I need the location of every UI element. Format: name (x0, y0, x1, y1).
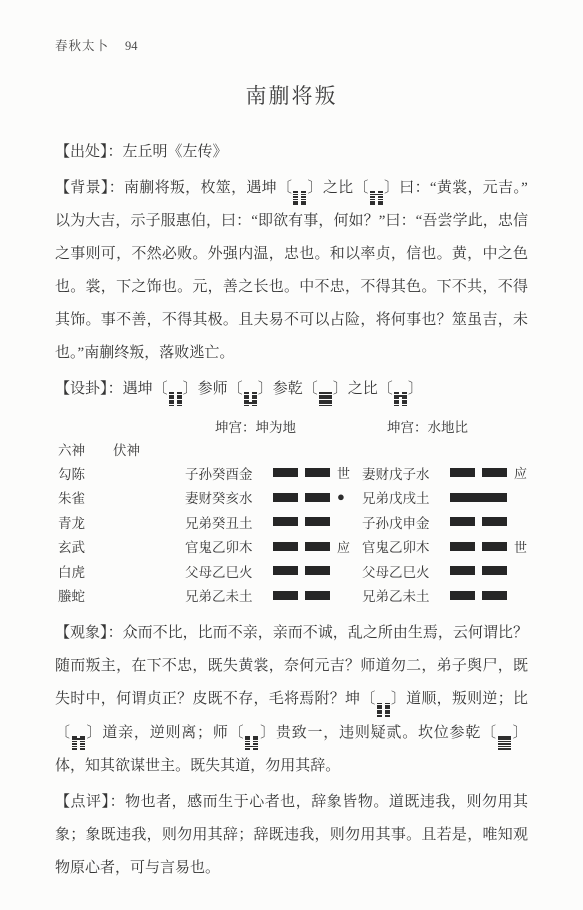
yao-line (450, 566, 507, 575)
six-god-label: 朱雀 (58, 487, 113, 507)
changed-gua-line: 妻财戊子水 应 (362, 463, 539, 483)
hexagram-kun-icon (377, 703, 390, 717)
source-paragraph: 【出处】：左丘明《左传》 (55, 136, 528, 169)
table-row: 螣蛇 兄弟乙未土 兄弟乙未土 (55, 583, 528, 608)
hexagram-bi-icon (72, 736, 85, 750)
six-god-label: 玄武 (58, 536, 113, 556)
book-title: 春秋太卜 (55, 36, 109, 54)
yao-line (273, 468, 330, 477)
hexagram-qian-icon (319, 392, 332, 406)
hexagram-shi-icon (245, 736, 258, 750)
column-header-six-gods: 六神 (58, 439, 113, 459)
hexagram-qian-icon (498, 736, 511, 750)
palace-header-row: 坤宫：坤为地 坤宫：水地比 (55, 414, 528, 437)
yao-line (450, 542, 507, 551)
line-text: 父母乙巳火 (362, 561, 434, 581)
main-gua-line: 子孙癸酉金 世 (185, 463, 362, 483)
hexagram-kun-icon (293, 191, 306, 205)
line-text: 兄弟癸丑土 (185, 512, 257, 532)
line-text: 子孙癸酉金 (185, 463, 257, 483)
line-text: 兄弟乙未土 (185, 585, 257, 605)
changed-gua-line: 兄弟乙未土 (362, 585, 539, 605)
main-gua-line: 兄弟癸丑土 (185, 512, 362, 532)
yao-line (450, 468, 507, 477)
yao-line (273, 517, 330, 526)
guanxiang-paragraph: 【观象】：众而不比，比而不亲，亲而不诚，乱之所由生焉，云何谓比？随而叛主，在下不… (55, 617, 528, 782)
table-row: 青龙 兄弟癸丑土 子孙戊申金 (55, 509, 528, 534)
shiying-marker: 世 (337, 463, 365, 482)
yao-line (273, 591, 330, 600)
hexagram-bi-icon (370, 191, 383, 205)
column-header-row: 六神 伏神 (55, 437, 528, 460)
yao-line (450, 591, 507, 600)
changed-gua-line: 官鬼乙卯木 世 (362, 536, 539, 556)
changed-gua-line: 兄弟戊戌土 (362, 487, 539, 507)
yao-line (273, 542, 330, 551)
six-god-label: 螣蛇 (58, 585, 113, 605)
main-gua-line: 父母乙巳火 (185, 561, 362, 581)
yao-line (450, 517, 507, 526)
line-text: 官鬼乙卯木 (185, 536, 257, 556)
moving-line-dot: ● (337, 489, 365, 505)
book-page: 春秋太卜 94 南蒯将叛 【出处】：左丘明《左传》 【背景】：南蒯将叛，枚筮，遇… (0, 0, 583, 910)
shiying-marker: 应 (514, 463, 542, 482)
page-title: 南蒯将叛 (55, 80, 528, 110)
yao-line (450, 493, 507, 502)
line-text: 兄弟戊戌土 (362, 487, 434, 507)
changed-gua-line: 父母乙巳火 (362, 561, 539, 581)
shegua-line: 【设卦】：遇坤〔〕参师〔〕参乾〔〕之比〔〕 (55, 373, 528, 406)
line-text: 官鬼乙卯木 (362, 536, 434, 556)
line-text: 妻财戊子水 (362, 463, 434, 483)
shiying-marker: 世 (514, 537, 542, 556)
background-paragraph: 【背景】：南蒯将叛，枚筮，遇坤〔〕之比〔〕曰：“黄裳，元吉。”以为大吉，示子服惠… (55, 172, 528, 370)
table-row: 玄武 官鬼乙卯木 应 官鬼乙卯木 世 (55, 534, 528, 559)
table-row: 白虎 父母乙巳火 父母乙巳火 (55, 558, 528, 583)
line-text: 妻财癸亥水 (185, 487, 257, 507)
main-gua-line: 官鬼乙卯木 应 (185, 536, 362, 556)
palace-header-right: 坤宫：水地比 (387, 416, 468, 436)
changed-gua-line: 子孙戊申金 (362, 512, 539, 532)
hexagram-bi-icon (394, 392, 407, 406)
six-god-label: 青龙 (58, 512, 113, 532)
dianping-paragraph: 【点评】：物也者，感而生于心者也，辞象皆物。道既违我，则勿用其象；象既违我，则勿… (55, 786, 528, 885)
running-head: 春秋太卜 94 (55, 36, 528, 54)
gua-table: 坤宫：坤为地 坤宫：水地比 六神 伏神 勾陈 子孙癸酉金 世 妻财戊子水 应 朱… (55, 414, 528, 607)
yao-line (273, 566, 330, 575)
shiying-marker: 应 (337, 537, 365, 556)
hexagram-kun-icon (169, 392, 182, 406)
table-row: 朱雀 妻财癸亥水 ● 兄弟戊戌土 (55, 485, 528, 510)
main-gua-line: 妻财癸亥水 ● (185, 487, 362, 507)
six-god-label: 白虎 (58, 561, 113, 581)
yao-line (273, 493, 330, 502)
table-row: 勾陈 子孙癸酉金 世 妻财戊子水 应 (55, 460, 528, 485)
page-number: 94 (125, 39, 138, 54)
column-header-fu-shen: 伏神 (113, 439, 140, 459)
line-text: 子孙戊申金 (362, 512, 434, 532)
six-god-label: 勾陈 (58, 463, 113, 483)
line-text: 兄弟乙未土 (362, 585, 434, 605)
line-text: 父母乙巳火 (185, 561, 257, 581)
palace-header-left: 坤宫：坤为地 (215, 416, 325, 436)
main-gua-line: 兄弟乙未土 (185, 585, 362, 605)
hexagram-shi-icon (244, 392, 257, 406)
